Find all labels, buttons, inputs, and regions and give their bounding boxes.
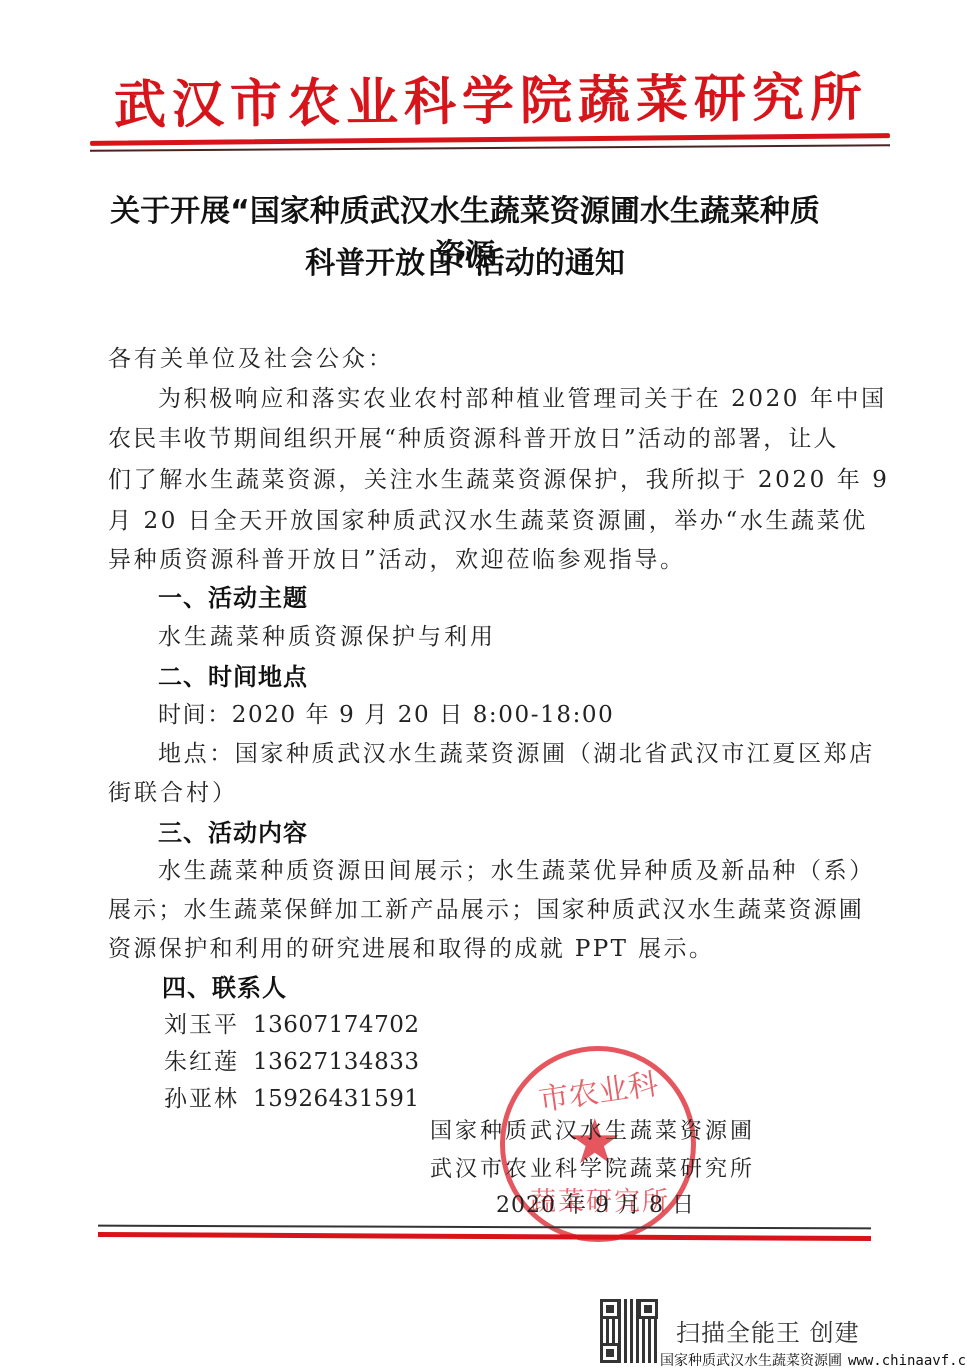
site-watermark: 国家种质武汉水生蔬菜资源圃www.chinaavf.com <box>660 1350 967 1369</box>
contact-phone: 13607174702 <box>253 1012 419 1038</box>
contact-row: 朱红莲13627134833 <box>164 1043 419 1076</box>
section-heading-contacts: 四、联系人 <box>162 968 287 1003</box>
contact-name: 刘玉平 <box>164 1012 239 1038</box>
section-heading-theme: 一、活动主题 <box>158 578 308 613</box>
event-time: 时间：2020 年 9 月 20 日 8:00-18:00 <box>158 696 614 729</box>
event-place: 地点：国家种质武汉水生蔬菜资源圃（湖北省武汉市江夏区郑店 <box>158 735 875 768</box>
intro-line: 们了解水生蔬菜资源，关注水生蔬菜资源保护，我所拟于 2020 年 9 <box>108 461 890 494</box>
scanner-brand-label: 扫描全能王 创建 <box>676 1313 860 1348</box>
content-line: 水生蔬菜种质资源田间展示；水生蔬菜优异种质及新品种（系） <box>158 852 875 885</box>
contact-phone: 15926431591 <box>253 1086 419 1112</box>
content-line: 资源保护和利用的研究进展和取得的成就 PPT 展示。 <box>108 930 714 963</box>
signature-org-1: 国家种质武汉水生蔬菜资源圃 <box>430 1114 755 1145</box>
watermark-url[interactable]: www.chinaavf.com <box>848 1353 967 1369</box>
contact-name: 朱红莲 <box>164 1049 239 1075</box>
signature-org-2: 武汉市农业科学院蔬菜研究所 <box>430 1152 755 1183</box>
notice-title-line-2: 科普开放日”活动的通知 <box>100 238 830 282</box>
intro-line: 为积极响应和落实农业农村部种植业管理司关于在 2020 年中国 <box>158 380 887 413</box>
section-theme-text: 水生蔬菜种质资源保护与利用 <box>158 618 496 651</box>
watermark-text: 国家种质武汉水生蔬菜资源圃 <box>660 1353 842 1369</box>
intro-line: 月 20 日全天开放国家种质武汉水生蔬菜资源圃，举办“水生蔬菜优 <box>108 502 868 535</box>
event-place-continued: 街联合村） <box>108 774 238 807</box>
contact-name: 孙亚林 <box>164 1086 239 1112</box>
signature-date: 2020 年 9 月 8 日 <box>496 1188 695 1219</box>
contact-phone: 13627134833 <box>253 1049 419 1075</box>
footer-red-rule <box>98 1232 871 1241</box>
contact-row: 刘玉平13607174702 <box>164 1006 419 1039</box>
contact-row: 孙亚林15926431591 <box>164 1080 419 1113</box>
intro-line: 异种质资源科普开放日”活动，欢迎莅临参观指导。 <box>108 541 686 574</box>
qr-code-icon <box>600 1299 658 1363</box>
footer-dark-rule <box>98 1225 871 1230</box>
letterhead-org-name: 武汉市农业科学院蔬菜研究所 <box>96 66 887 138</box>
seal-top-text: 市农业科 <box>521 1057 676 1121</box>
letterhead-dark-rule <box>90 144 890 152</box>
salutation: 各有关单位及社会公众： <box>108 340 394 373</box>
intro-line: 农民丰收节期间组织开展“种质资源科普开放日”活动的部署，让人 <box>108 420 839 453</box>
section-heading-content: 三、活动内容 <box>158 813 308 848</box>
section-heading-time-place: 二、时间地点 <box>158 657 308 692</box>
content-line: 展示；水生蔬菜保鲜加工新产品展示；国家种质武汉水生蔬菜资源圃 <box>108 891 864 924</box>
